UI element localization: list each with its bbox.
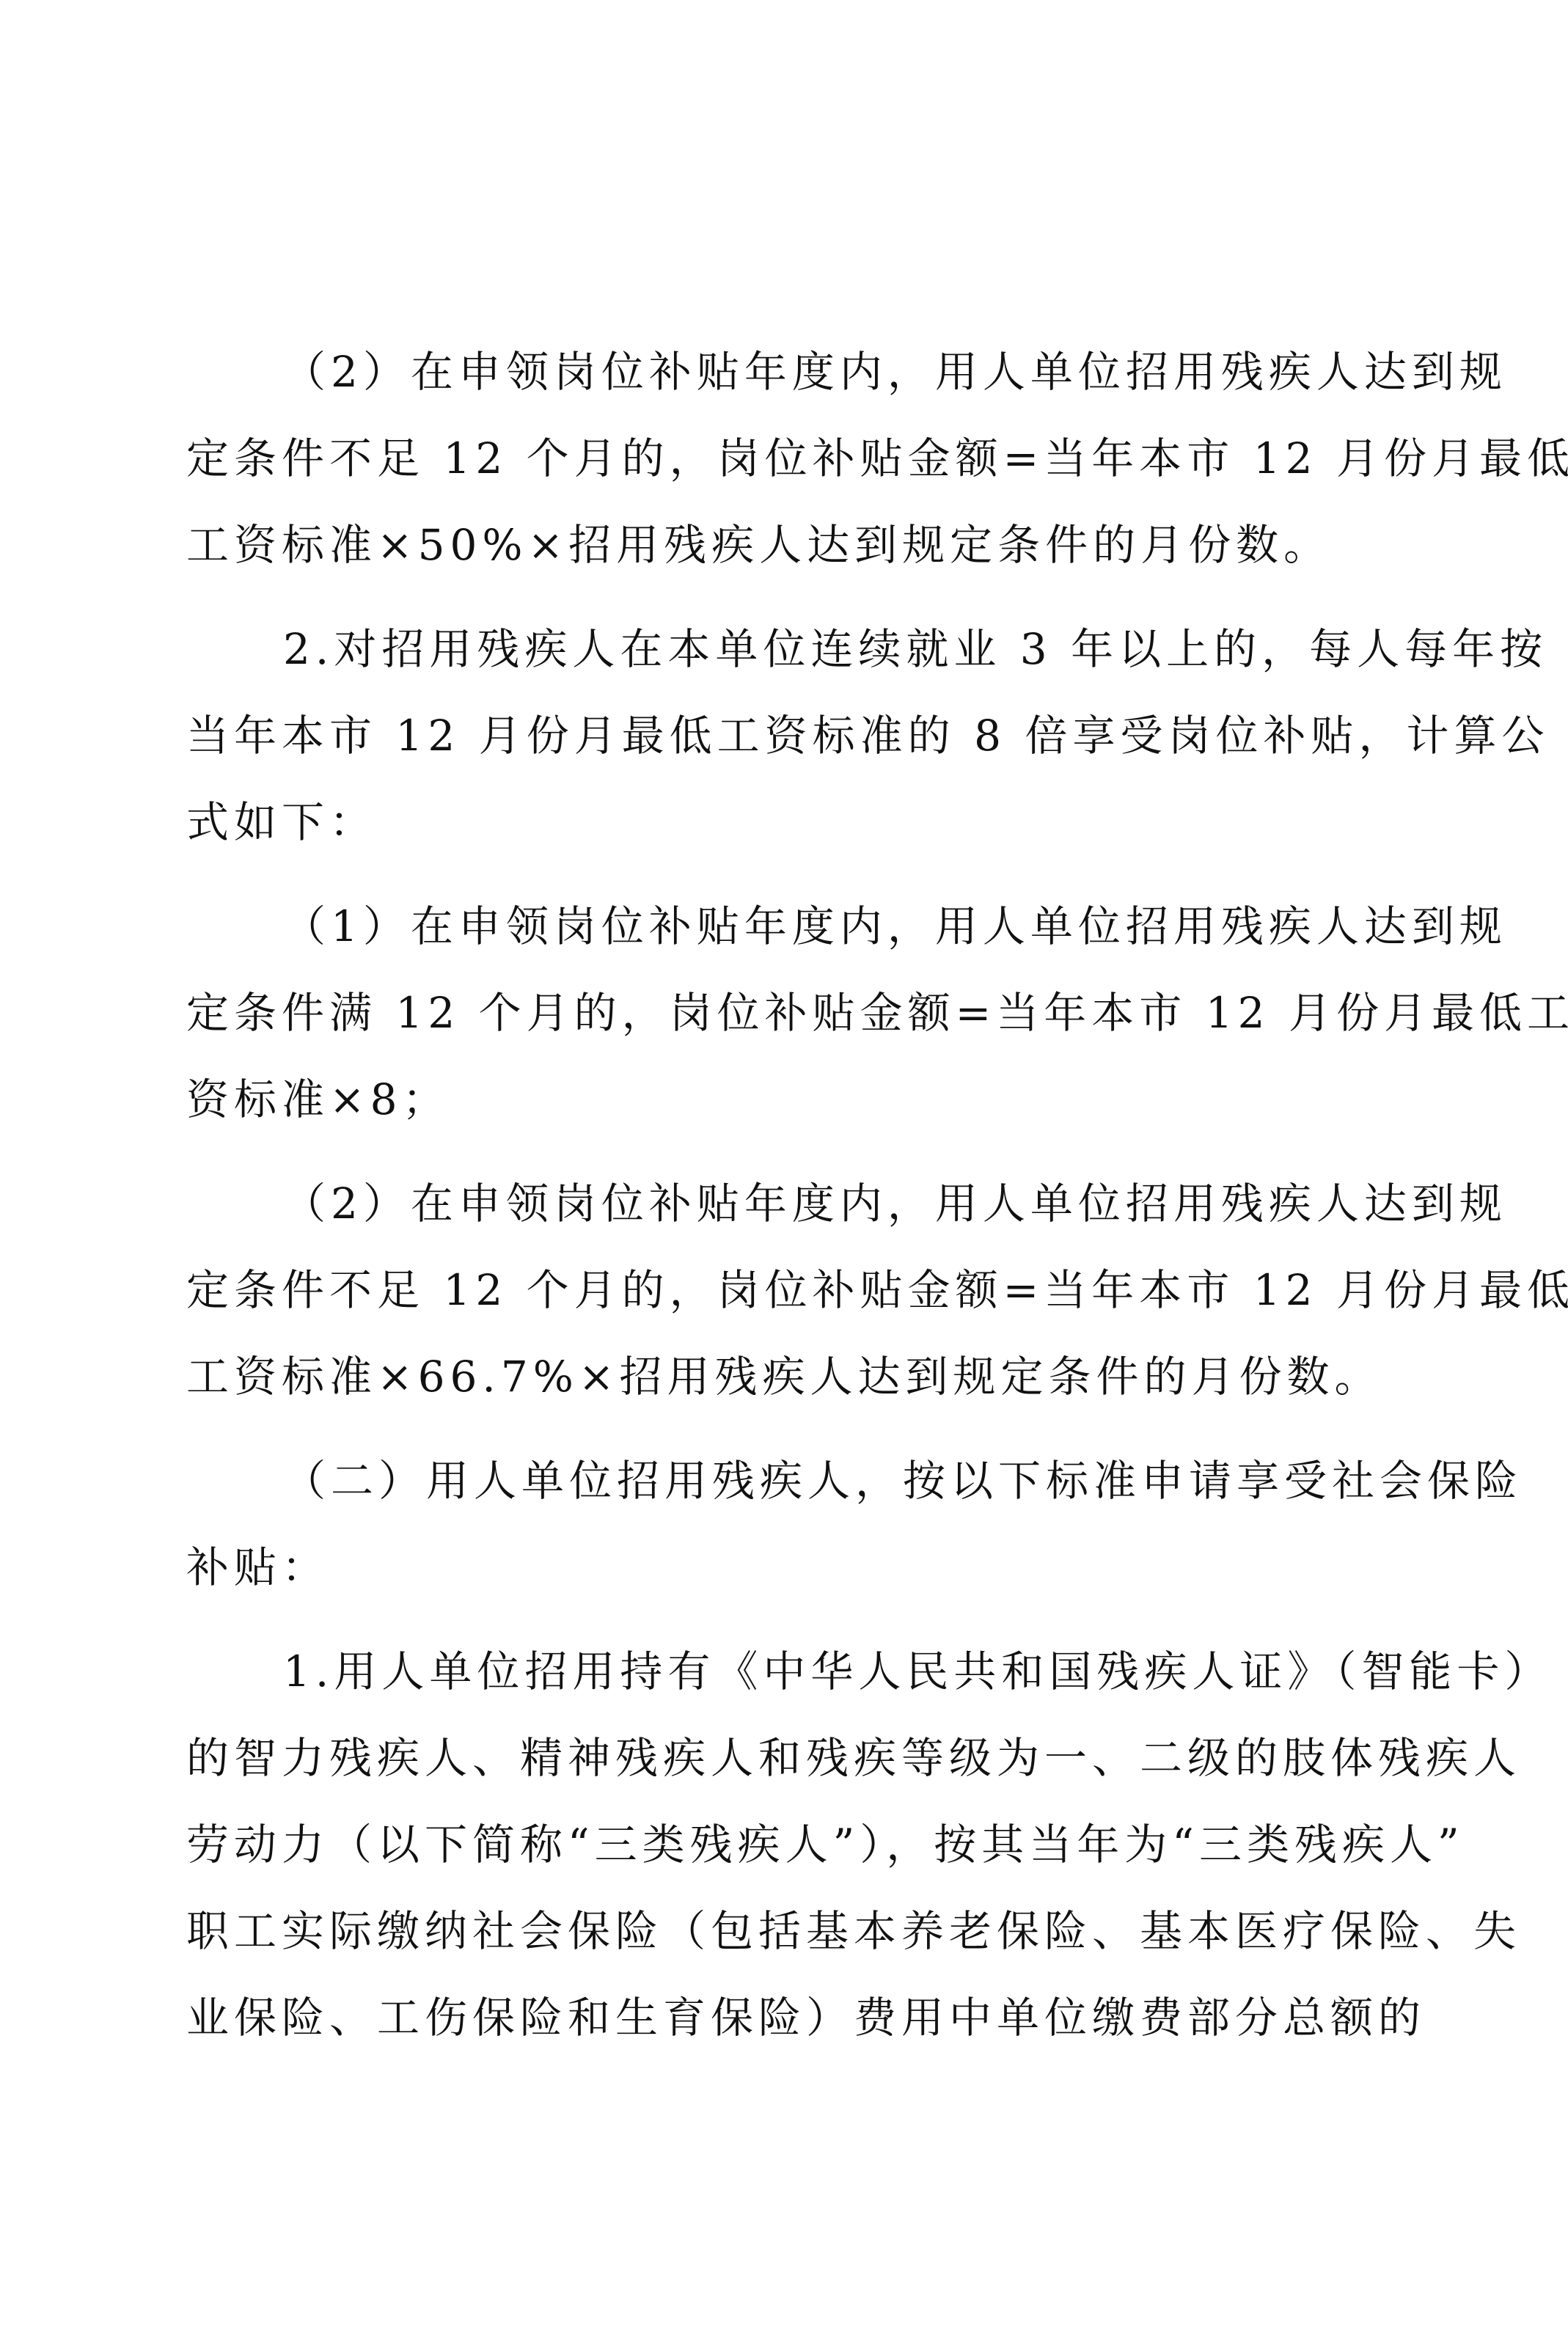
text-line: 1.用人单位招用持有《中华人民共和国残疾人证》（智能卡） xyxy=(186,1628,1345,1715)
text-line: 式如下： xyxy=(186,779,1345,865)
paragraph-subsidy-under-12-months-50-percent: （2）在申领岗位补贴年度内，用人单位招用残疾人达到规 定条件不足 12 个月的，… xyxy=(186,329,1345,588)
text-line: （1）在申领岗位补贴年度内，用人单位招用残疾人达到规 xyxy=(186,883,1345,970)
text-line: 当年本市 12 月份月最低工资标准的 8 倍享受岗位补贴，计算公 xyxy=(186,692,1345,779)
text-line: （2）在申领岗位补贴年度内，用人单位招用残疾人达到规 xyxy=(186,1160,1345,1247)
text-line: 定条件满 12 个月的，岗位补贴金额=当年本市 12 月份月最低工 xyxy=(186,970,1345,1056)
paragraph-spacer xyxy=(186,1420,1345,1437)
paragraph-item-1-three-categories-disabled: 1.用人单位招用持有《中华人民共和国残疾人证》（智能卡） 的智力残疾人、精神残疾… xyxy=(186,1628,1345,2061)
text-line: 定条件不足 12 个月的，岗位补贴金额=当年本市 12 月份月最低 xyxy=(186,1247,1345,1333)
paragraph-item-2-three-years-employment: 2.对招用残疾人在本单位连续就业 3 年以上的，每人每年按 当年本市 12 月份… xyxy=(186,606,1345,865)
text-line: （2）在申领岗位补贴年度内，用人单位招用残疾人达到规 xyxy=(186,329,1345,415)
document-body: （2）在申领岗位补贴年度内，用人单位招用残疾人达到规 定条件不足 12 个月的，… xyxy=(186,329,1345,2061)
document-page: （2）在申领岗位补贴年度内，用人单位招用残疾人达到规 定条件不足 12 个月的，… xyxy=(0,0,1568,2344)
text-line: 定条件不足 12 个月的，岗位补贴金额=当年本市 12 月份月最低 xyxy=(186,415,1345,502)
text-line: 资标准×8； xyxy=(186,1056,1345,1143)
paragraph-subsidy-full-12-months: （1）在申领岗位补贴年度内，用人单位招用残疾人达到规 定条件满 12 个月的，岗… xyxy=(186,883,1345,1143)
paragraph-spacer xyxy=(186,588,1345,606)
paragraph-spacer xyxy=(186,865,1345,883)
text-line: 2.对招用残疾人在本单位连续就业 3 年以上的，每人每年按 xyxy=(186,606,1345,692)
paragraph-spacer xyxy=(186,1611,1345,1628)
text-line: 职工实际缴纳社会保险（包括基本养老保险、基本医疗保险、失 xyxy=(186,1888,1345,1974)
paragraph-section-2-social-insurance-subsidy: （二）用人单位招用残疾人，按以下标准申请享受社会保险 补贴： xyxy=(186,1437,1345,1611)
text-line: 补贴： xyxy=(186,1524,1345,1611)
text-line: 的智力残疾人、精神残疾人和残疾等级为一、二级的肢体残疾人 xyxy=(186,1715,1345,1801)
text-line: 工资标准×50%×招用残疾人达到规定条件的月份数。 xyxy=(186,502,1345,588)
paragraph-spacer xyxy=(186,1143,1345,1160)
text-line: 劳动力（以下简称“三类残疾人”），按其当年为“三类残疾人” xyxy=(186,1801,1345,1888)
paragraph-subsidy-under-12-months-66-7-percent: （2）在申领岗位补贴年度内，用人单位招用残疾人达到规 定条件不足 12 个月的，… xyxy=(186,1160,1345,1420)
text-line: （二）用人单位招用残疾人，按以下标准申请享受社会保险 xyxy=(186,1437,1345,1524)
text-line: 工资标准×66.7%×招用残疾人达到规定条件的月份数。 xyxy=(186,1333,1345,1420)
text-line: 业保险、工伤保险和生育保险）费用中单位缴费部分总额的 xyxy=(186,1974,1345,2061)
